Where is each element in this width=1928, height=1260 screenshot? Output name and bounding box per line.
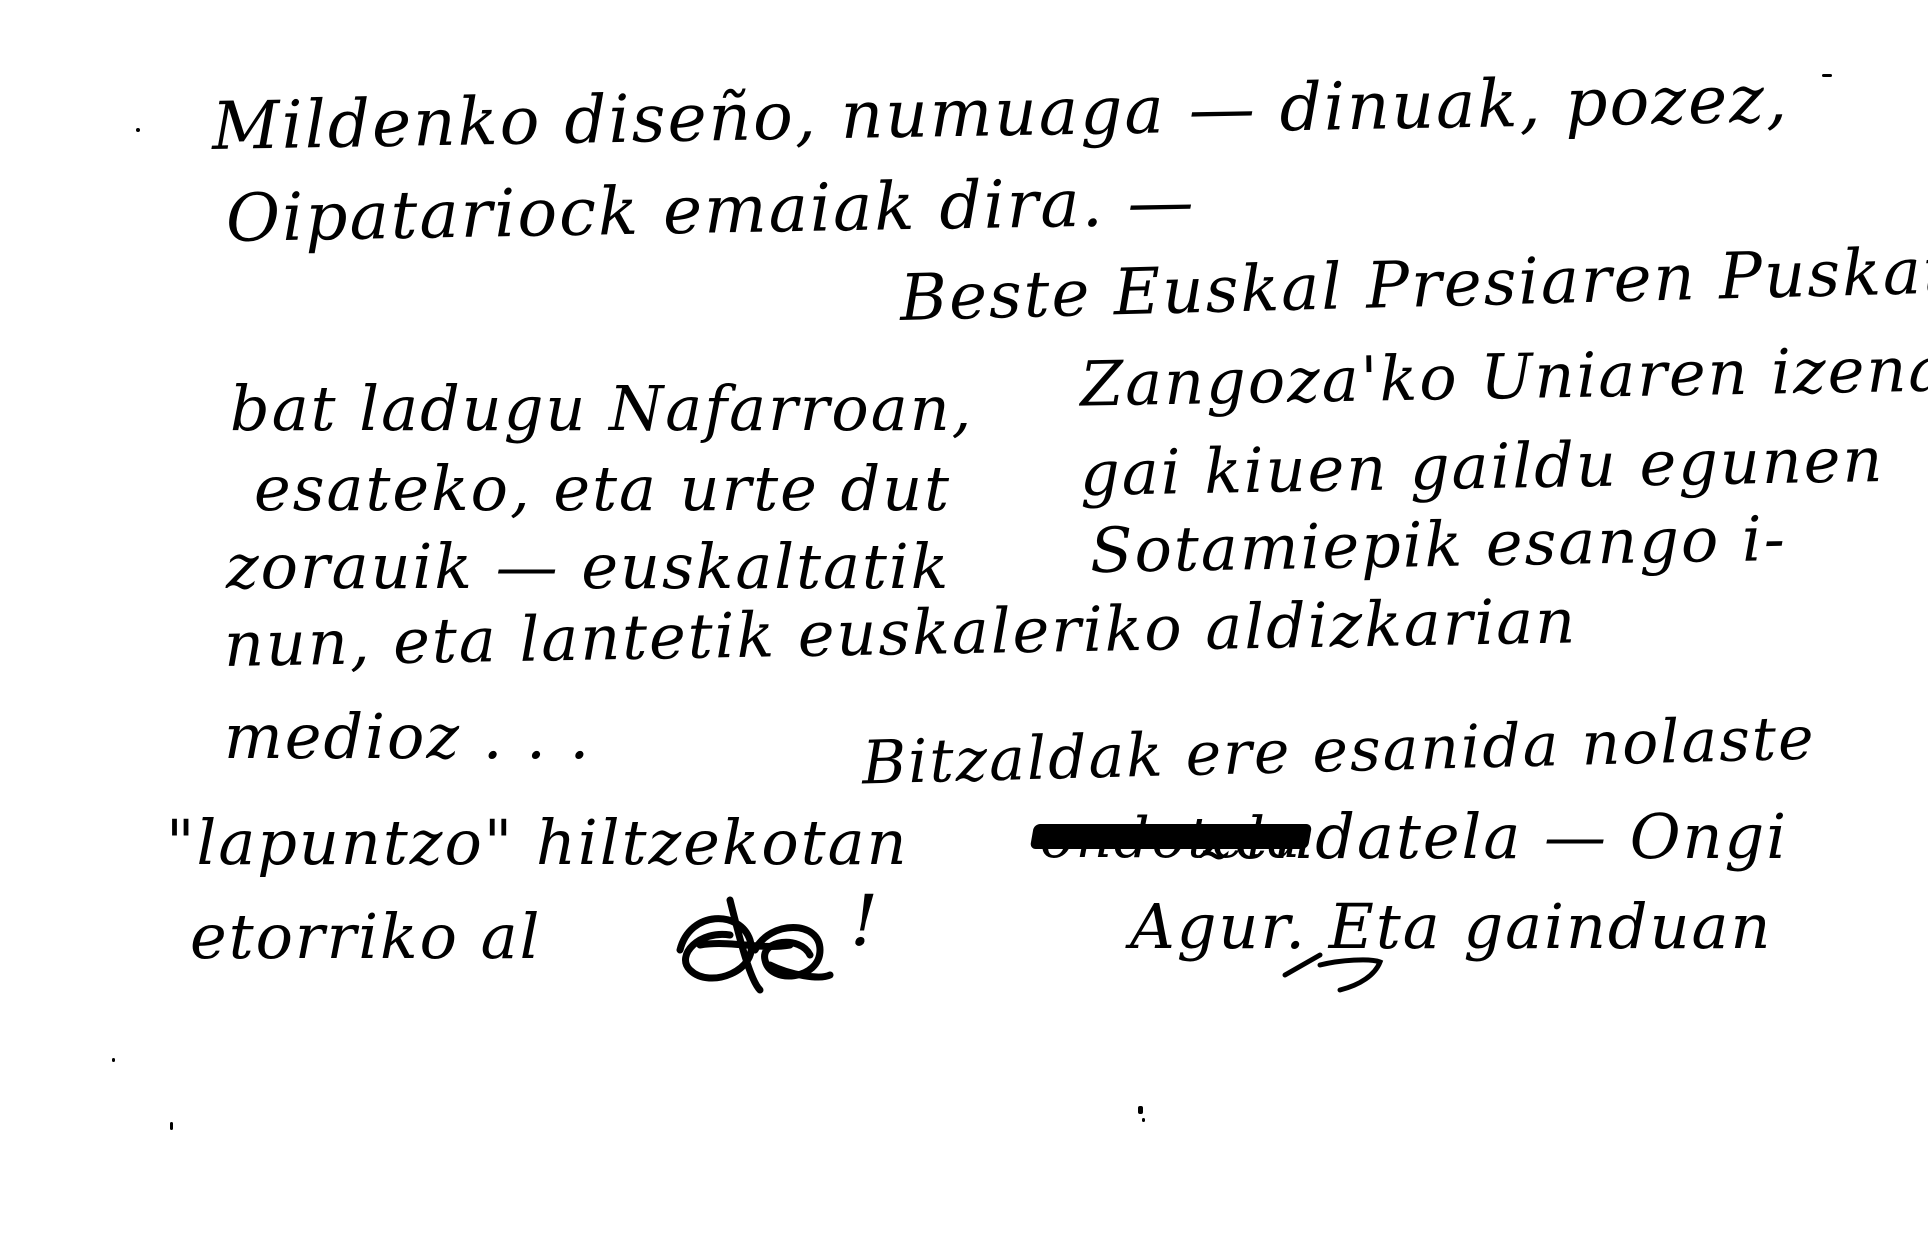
ink-speck	[1822, 74, 1832, 77]
letter-line-4-right: Zangoza'ko Uniaren izena	[1079, 332, 1928, 420]
letter-line-5-right: gai kiuen gaildu egunen	[1079, 423, 1885, 510]
signature-underline-icon	[1280, 950, 1390, 1000]
letter-line-9-right: zendatela — Ongi	[1200, 800, 1788, 873]
letter-line-10-exclamation: !	[850, 880, 880, 962]
letter-closing: Agur. Eta gainduan	[1130, 890, 1772, 963]
letter-line-9-left: "lapuntzo" hiltzekotan	[166, 806, 909, 879]
ink-speck	[1142, 1118, 1145, 1122]
letter-line-3: Beste Euskal Presiaren Puskata	[899, 233, 1928, 336]
letter-line-8-right: Bitzaldak ere esanida nolaste	[861, 704, 1816, 799]
letter-line-6-right: Sotamiepik esango i-	[1089, 502, 1787, 587]
ink-speck	[170, 1122, 173, 1130]
ink-speck	[112, 1058, 115, 1062]
letter-line-8-left: medioz . . .	[224, 700, 591, 773]
letter-line-1: Mildenko diseño, numuaga — dinuak, pozez…	[211, 60, 1789, 165]
letter-line-10-left: etorriko al	[190, 900, 541, 973]
ink-speck	[1138, 1106, 1143, 1114]
ink-speck	[136, 128, 140, 132]
letter-line-6-left: zorauik — euskaltatik	[226, 530, 950, 603]
letter-line-4-left: bat ladugu Nafarroan,	[230, 372, 973, 445]
handwritten-letter-page: Mildenko diseño, numuaga — dinuak, pozez…	[0, 0, 1928, 1260]
letter-line-2: Oipatariock emaiak dira. —	[225, 163, 1196, 257]
scribbled-word: dea	[670, 880, 840, 1000]
letter-line-5-left: esateko, eta urte dut	[254, 452, 951, 525]
